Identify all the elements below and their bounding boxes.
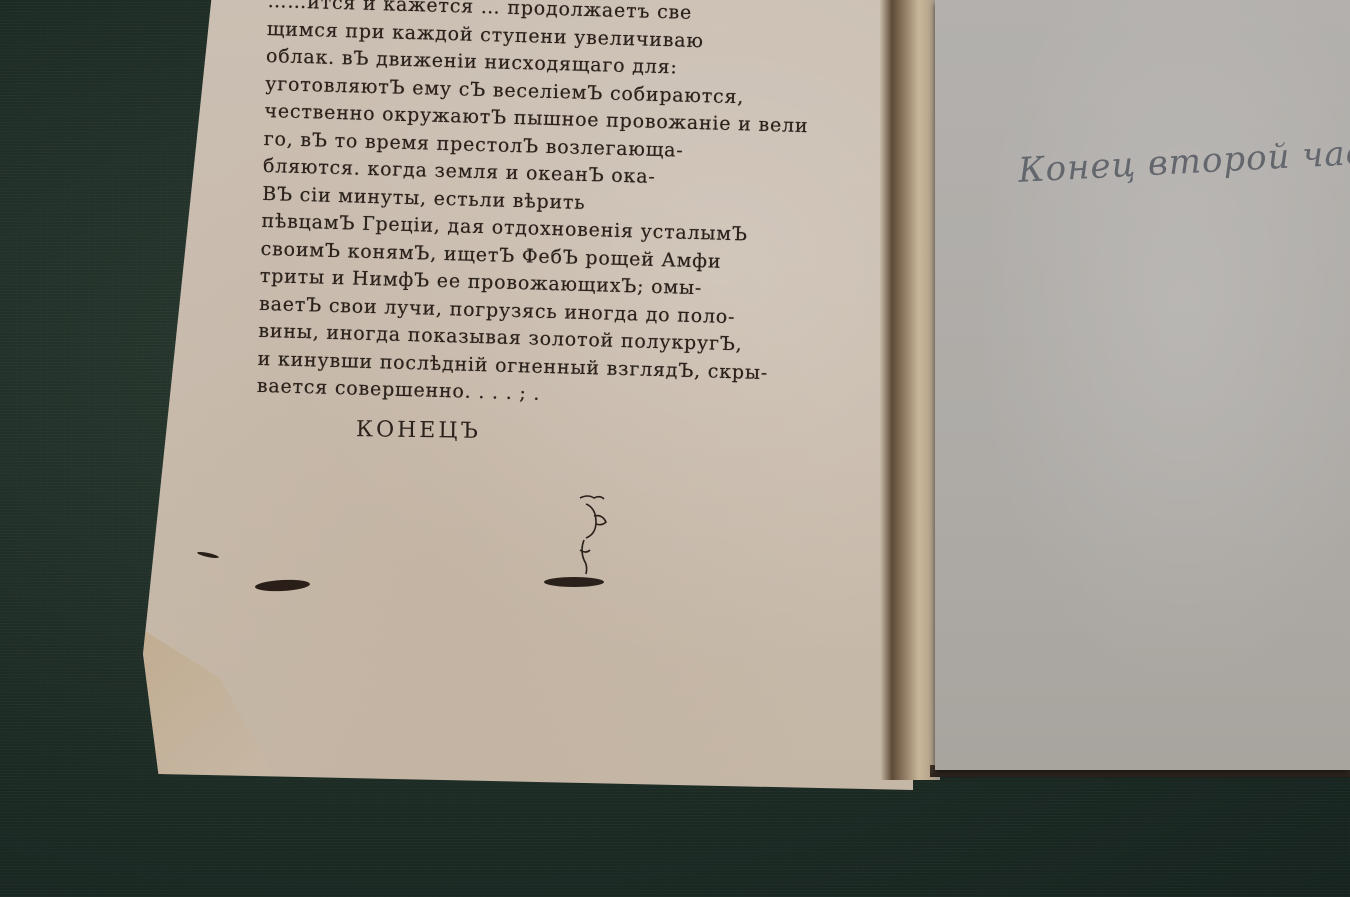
book-gutter [880,0,940,780]
tailpiece-ornament-icon [542,490,622,590]
printed-text-block: ……ится и кажется … продолжаетъ све щимся… [256,0,857,417]
right-book-page [935,0,1350,770]
folded-page-corner [143,630,283,790]
the-end-heading: КОНЕЦЪ [356,417,481,444]
